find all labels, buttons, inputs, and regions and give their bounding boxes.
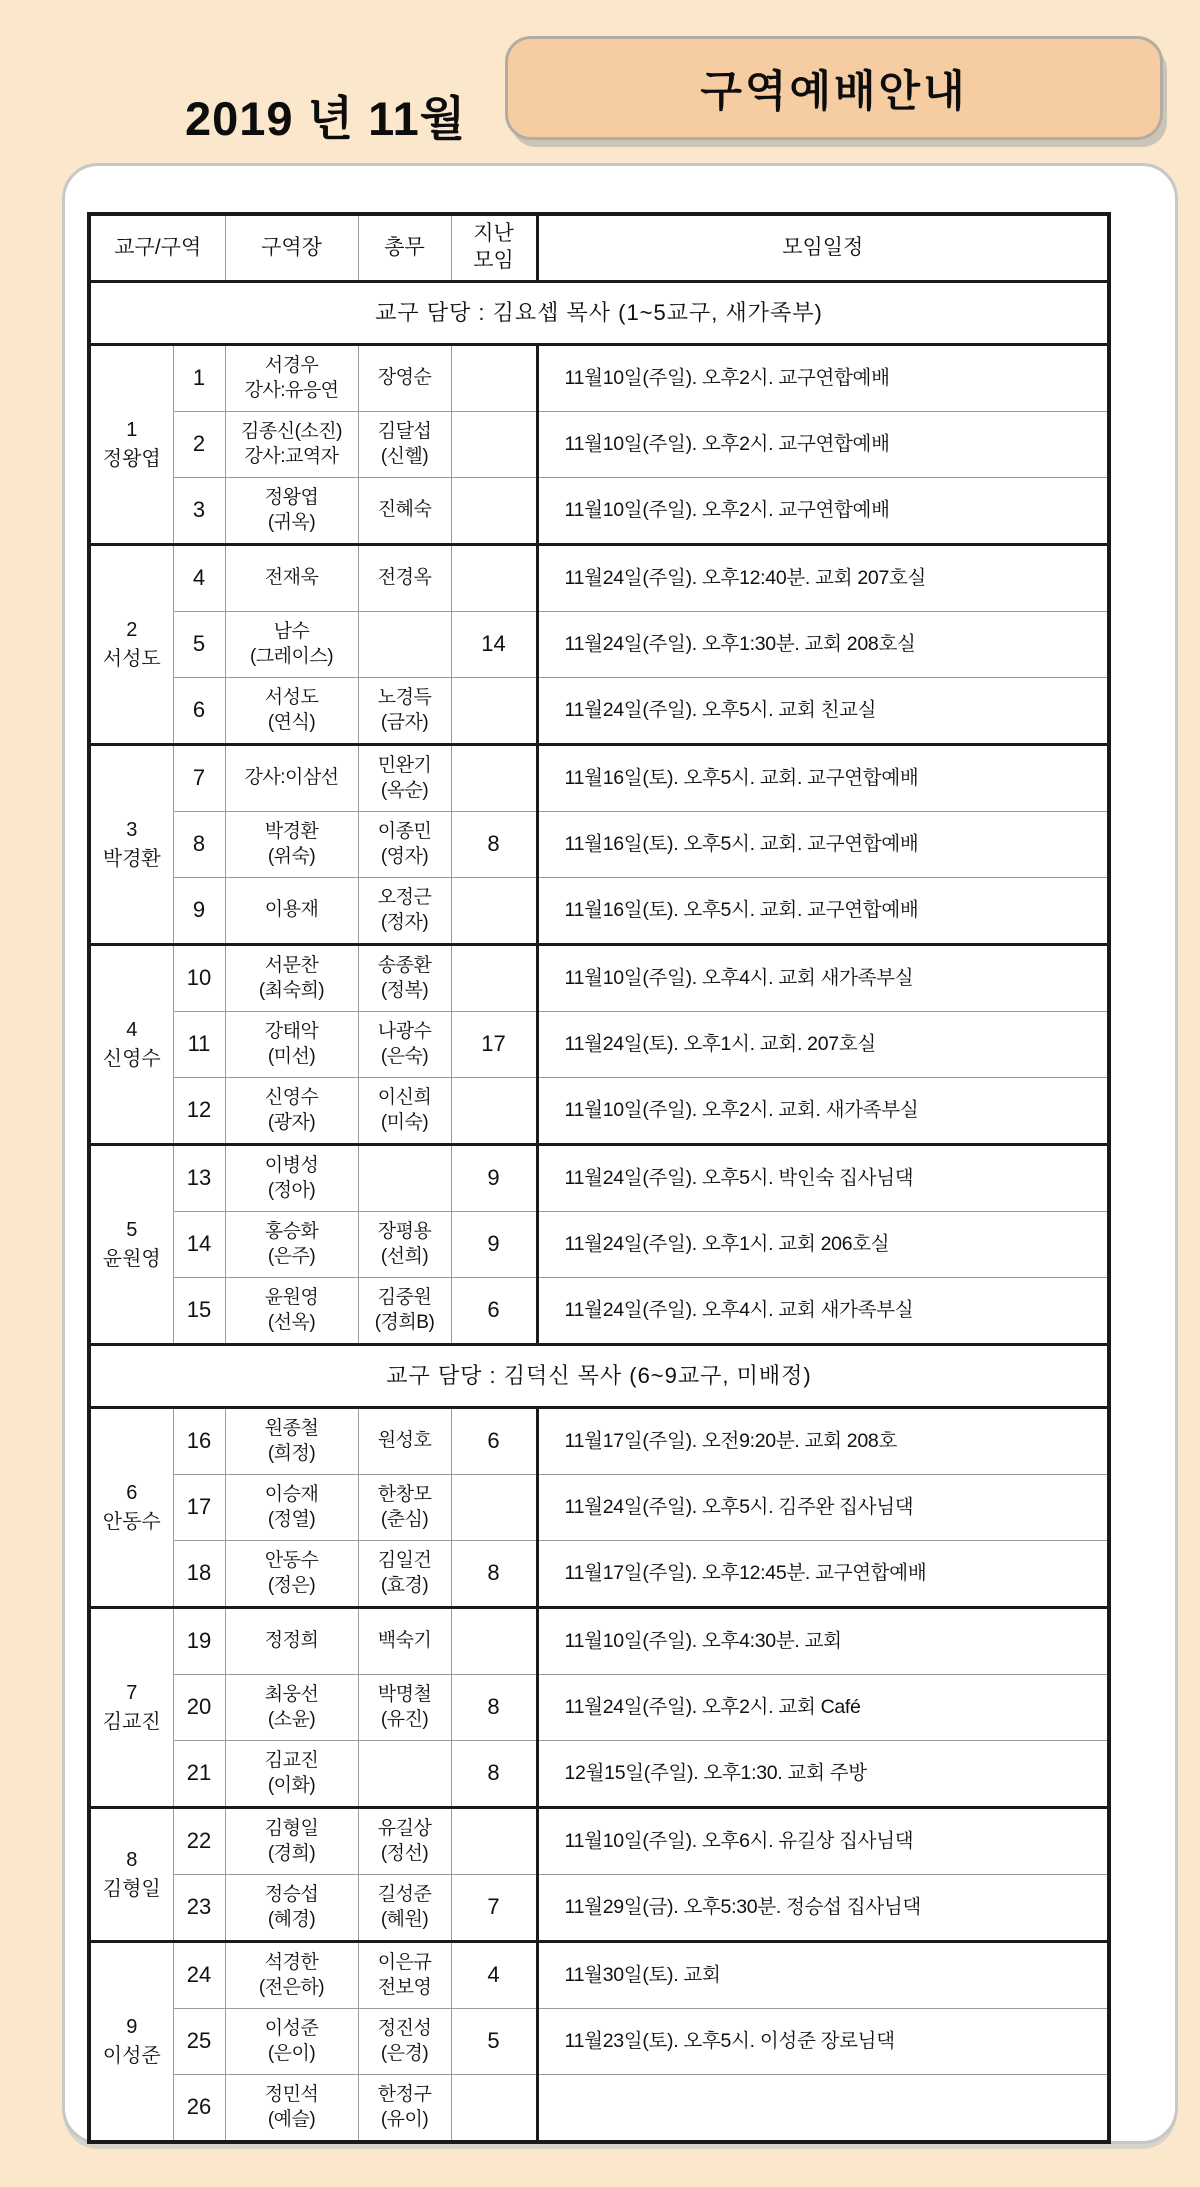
district-number-cell: 12 — [173, 1078, 225, 1145]
table-row: 15윤원영 (선옥)김중원 (경희B)611월24일(주일). 오후4시. 교회… — [89, 1278, 1109, 1345]
last-meeting-cell — [451, 1608, 537, 1675]
district-number-cell: 21 — [173, 1741, 225, 1808]
district-number-cell: 5 — [173, 612, 225, 678]
table-row: 3 박경환7강사:이삼선민완기 (옥순)11월16일(토). 오후5시. 교회.… — [89, 745, 1109, 812]
district-number-cell: 1 — [173, 345, 225, 412]
table-row: 25이성준 (은이)정진성 (은경)511월23일(토). 오후5시. 이성준 … — [89, 2009, 1109, 2075]
worship-schedule-table: 교구/구역 구역장 총무 지난 모임 모임일정 교구 담당 : 김요셉 목사 (… — [87, 212, 1111, 2144]
table-row: 4 신영수10서문찬 (최숙희)송종환 (정복)11월10일(주일). 오후4시… — [89, 945, 1109, 1012]
schedule-cell: 11월10일(주일). 오후2시. 교구연합예배 — [537, 478, 1109, 545]
secretary-cell: 원성호 — [358, 1408, 451, 1475]
table-row: 8 김형일22김형일 (경희)유길상 (정선)11월10일(주일). 오후6시.… — [89, 1808, 1109, 1875]
schedule-cell: 11월10일(주일). 오후2시. 교구연합예배 — [537, 345, 1109, 412]
last-meeting-cell: 8 — [451, 1741, 537, 1808]
last-meeting-cell: 5 — [451, 2009, 537, 2075]
last-meeting-cell: 6 — [451, 1408, 537, 1475]
leader-cell: 안동수 (정은) — [225, 1541, 358, 1608]
schedule-cell: 11월24일(주일). 오후12:40분. 교회 207호실 — [537, 545, 1109, 612]
section-band-label: 교구 담당 : 김덕신 목사 (6~9교구, 미배정) — [89, 1345, 1109, 1408]
table-row: 7 김교진19정정희백숙기11월10일(주일). 오후4:30분. 교회 — [89, 1608, 1109, 1675]
leader-cell: 전재욱 — [225, 545, 358, 612]
content-card: 교구/구역 구역장 총무 지난 모임 모임일정 교구 담당 : 김요셉 목사 (… — [62, 163, 1178, 2144]
leader-cell: 김종신(소진) 강사:교역자 — [225, 412, 358, 478]
schedule-cell: 11월24일(주일). 오후5시. 박인숙 집사님댁 — [537, 1145, 1109, 1212]
leader-cell: 정민석 (예슬) — [225, 2075, 358, 2143]
district-number-cell: 9 — [173, 878, 225, 945]
leader-cell: 원종철 (희정) — [225, 1408, 358, 1475]
leader-cell: 남수 (그레이스) — [225, 612, 358, 678]
leader-cell: 석경한 (전은하) — [225, 1942, 358, 2009]
district-number-cell: 8 — [173, 812, 225, 878]
leader-cell: 이승재 (정열) — [225, 1475, 358, 1541]
secretary-cell: 길성준 (혜원) — [358, 1875, 451, 1942]
district-group-cell: 8 김형일 — [89, 1808, 173, 1942]
secretary-cell: 김달섭 (신헬) — [358, 412, 451, 478]
district-number-cell: 24 — [173, 1942, 225, 2009]
schedule-cell: 12월15일(주일). 오후1:30. 교회 주방 — [537, 1741, 1109, 1808]
district-number-cell: 19 — [173, 1608, 225, 1675]
header-row: 교구/구역 구역장 총무 지난 모임 모임일정 — [89, 214, 1109, 282]
table-row: 2 서성도4전재욱전경옥11월24일(주일). 오후12:40분. 교회 207… — [89, 545, 1109, 612]
schedule-cell: 11월10일(주일). 오후2시. 교구연합예배 — [537, 412, 1109, 478]
leader-cell: 서문찬 (최숙희) — [225, 945, 358, 1012]
schedule-cell: 11월10일(주일). 오후6시. 유길상 집사님댁 — [537, 1808, 1109, 1875]
leader-cell: 이용재 — [225, 878, 358, 945]
schedule-cell: 11월24일(주일). 오후1:30분. 교회 208호실 — [537, 612, 1109, 678]
secretary-cell — [358, 1741, 451, 1808]
leader-cell: 이병성 (정아) — [225, 1145, 358, 1212]
leader-cell: 강태악 (미선) — [225, 1012, 358, 1078]
district-number-cell: 26 — [173, 2075, 225, 2143]
secretary-cell — [358, 1145, 451, 1212]
district-number-cell: 25 — [173, 2009, 225, 2075]
leader-cell: 서경우 강사:유응연 — [225, 345, 358, 412]
secretary-cell: 노경득 (금자) — [358, 678, 451, 745]
schedule-cell: 11월24일(토). 오후1시. 교회. 207호실 — [537, 1012, 1109, 1078]
district-number-cell: 3 — [173, 478, 225, 545]
table-row: 9 이성준24석경한 (전은하)이은규 전보영411월30일(토). 교회 — [89, 1942, 1109, 2009]
page-title: 2019 년 11월 — [185, 82, 466, 149]
last-meeting-cell: 17 — [451, 1012, 537, 1078]
table-row: 12신영수 (광자)이신희 (미숙)11월10일(주일). 오후2시. 교회. … — [89, 1078, 1109, 1145]
header-secretary: 총무 — [358, 214, 451, 282]
table-row: 6서성도 (연식)노경득 (금자)11월24일(주일). 오후5시. 교회 친교… — [89, 678, 1109, 745]
last-meeting-cell — [451, 478, 537, 545]
table-row: 6 안동수16원종철 (희정)원성호611월17일(주일). 오전9:20분. … — [89, 1408, 1109, 1475]
table-row: 14홍승화 (은주)장평용 (선희)911월24일(주일). 오후1시. 교회 … — [89, 1212, 1109, 1278]
last-meeting-cell — [451, 678, 537, 745]
secretary-cell: 유길상 (정선) — [358, 1808, 451, 1875]
schedule-cell: 11월29일(금). 오후5:30분. 정승섭 집사님댁 — [537, 1875, 1109, 1942]
district-number-cell: 11 — [173, 1012, 225, 1078]
title-badge: 구역예배안내 — [505, 36, 1163, 140]
table-row: 17이승재 (정열)한창모 (춘심)11월24일(주일). 오후5시. 김주완 … — [89, 1475, 1109, 1541]
schedule-cell: 11월24일(주일). 오후4시. 교회 새가족부실 — [537, 1278, 1109, 1345]
leader-cell: 최웅선 (소윤) — [225, 1675, 358, 1741]
schedule-cell: 11월24일(주일). 오후2시. 교회 Café — [537, 1675, 1109, 1741]
leader-cell: 서성도 (연식) — [225, 678, 358, 745]
schedule-cell: 11월24일(주일). 오후5시. 교회 친교실 — [537, 678, 1109, 745]
section-band-row: 교구 담당 : 김덕신 목사 (6~9교구, 미배정) — [89, 1345, 1109, 1408]
leader-cell: 홍승화 (은주) — [225, 1212, 358, 1278]
district-number-cell: 10 — [173, 945, 225, 1012]
secretary-cell: 전경옥 — [358, 545, 451, 612]
last-meeting-cell: 4 — [451, 1942, 537, 2009]
district-number-cell: 23 — [173, 1875, 225, 1942]
secretary-cell: 백숙기 — [358, 1608, 451, 1675]
header-schedule: 모임일정 — [537, 214, 1109, 282]
district-group-cell: 9 이성준 — [89, 1942, 173, 2143]
table-row: 26정민석 (예슬)한정구 (유이) — [89, 2075, 1109, 2143]
secretary-cell: 김중원 (경희B) — [358, 1278, 451, 1345]
schedule-cell: 11월23일(토). 오후5시. 이성준 장로님댁 — [537, 2009, 1109, 2075]
last-meeting-cell: 8 — [451, 1541, 537, 1608]
leader-cell: 이성준 (은이) — [225, 2009, 358, 2075]
table-row: 9이용재오정근 (정자)11월16일(토). 오후5시. 교회. 교구연합예배 — [89, 878, 1109, 945]
header-last-meeting: 지난 모임 — [451, 214, 537, 282]
district-group-cell: 7 김교진 — [89, 1608, 173, 1808]
secretary-cell: 이은규 전보영 — [358, 1942, 451, 2009]
section-band-label: 교구 담당 : 김요셉 목사 (1~5교구, 새가족부) — [89, 282, 1109, 345]
secretary-cell: 송종환 (정복) — [358, 945, 451, 1012]
secretary-cell: 김일건 (효경) — [358, 1541, 451, 1608]
secretary-cell — [358, 612, 451, 678]
last-meeting-cell — [451, 1808, 537, 1875]
schedule-cell: 11월16일(토). 오후5시. 교회. 교구연합예배 — [537, 812, 1109, 878]
schedule-cell: 11월24일(주일). 오후5시. 김주완 집사님댁 — [537, 1475, 1109, 1541]
district-group-cell: 2 서성도 — [89, 545, 173, 745]
district-number-cell: 4 — [173, 545, 225, 612]
district-number-cell: 18 — [173, 1541, 225, 1608]
last-meeting-cell: 8 — [451, 1675, 537, 1741]
table-row: 18안동수 (정은)김일건 (효경)811월17일(주일). 오후12:45분.… — [89, 1541, 1109, 1608]
district-number-cell: 17 — [173, 1475, 225, 1541]
last-meeting-cell: 6 — [451, 1278, 537, 1345]
district-group-cell: 5 윤원영 — [89, 1145, 173, 1345]
district-group-cell: 1 정왕엽 — [89, 345, 173, 545]
secretary-cell: 오정근 (정자) — [358, 878, 451, 945]
schedule-cell: 11월10일(주일). 오후2시. 교회. 새가족부실 — [537, 1078, 1109, 1145]
district-number-cell: 6 — [173, 678, 225, 745]
header-district: 교구/구역 — [89, 214, 225, 282]
last-meeting-cell — [451, 545, 537, 612]
leader-cell: 강사:이삼선 — [225, 745, 358, 812]
schedule-cell: 11월10일(주일). 오후4시. 교회 새가족부실 — [537, 945, 1109, 1012]
table-row: 2김종신(소진) 강사:교역자김달섭 (신헬)11월10일(주일). 오후2시.… — [89, 412, 1109, 478]
leader-cell: 윤원영 (선옥) — [225, 1278, 358, 1345]
leader-cell: 정승섭 (혜경) — [225, 1875, 358, 1942]
secretary-cell: 한창모 (춘심) — [358, 1475, 451, 1541]
table-row: 1 정왕엽1서경우 강사:유응연장영순11월10일(주일). 오후2시. 교구연… — [89, 345, 1109, 412]
district-number-cell: 13 — [173, 1145, 225, 1212]
secretary-cell: 나광수 (은숙) — [358, 1012, 451, 1078]
last-meeting-cell — [451, 945, 537, 1012]
district-number-cell: 16 — [173, 1408, 225, 1475]
table-row: 3정왕엽 (귀옥)진혜숙11월10일(주일). 오후2시. 교구연합예배 — [89, 478, 1109, 545]
schedule-cell: 11월16일(토). 오후5시. 교회. 교구연합예배 — [537, 745, 1109, 812]
last-meeting-cell: 9 — [451, 1145, 537, 1212]
last-meeting-cell — [451, 2075, 537, 2143]
table-row: 21김교진 (이화)812월15일(주일). 오후1:30. 교회 주방 — [89, 1741, 1109, 1808]
district-number-cell: 20 — [173, 1675, 225, 1741]
schedule-cell: 11월10일(주일). 오후4:30분. 교회 — [537, 1608, 1109, 1675]
secretary-cell: 정진성 (은경) — [358, 2009, 451, 2075]
leader-cell: 김형일 (경희) — [225, 1808, 358, 1875]
district-number-cell: 22 — [173, 1808, 225, 1875]
schedule-cell — [537, 2075, 1109, 2143]
secretary-cell: 이신희 (미숙) — [358, 1078, 451, 1145]
leader-cell: 정왕엽 (귀옥) — [225, 478, 358, 545]
leader-cell: 김교진 (이화) — [225, 1741, 358, 1808]
schedule-cell: 11월16일(토). 오후5시. 교회. 교구연합예배 — [537, 878, 1109, 945]
last-meeting-cell: 8 — [451, 812, 537, 878]
secretary-cell: 진혜숙 — [358, 478, 451, 545]
schedule-cell: 11월24일(주일). 오후1시. 교회 206호실 — [537, 1212, 1109, 1278]
district-number-cell: 15 — [173, 1278, 225, 1345]
table-row: 5 윤원영13이병성 (정아)911월24일(주일). 오후5시. 박인숙 집사… — [89, 1145, 1109, 1212]
table-row: 23정승섭 (혜경)길성준 (혜원)711월29일(금). 오후5:30분. 정… — [89, 1875, 1109, 1942]
secretary-cell: 박명철 (유진) — [358, 1675, 451, 1741]
secretary-cell: 민완기 (옥순) — [358, 745, 451, 812]
leader-cell: 정정희 — [225, 1608, 358, 1675]
table-row: 11강태악 (미선)나광수 (은숙)1711월24일(토). 오후1시. 교회.… — [89, 1012, 1109, 1078]
section-band-row: 교구 담당 : 김요셉 목사 (1~5교구, 새가족부) — [89, 282, 1109, 345]
district-group-cell: 6 안동수 — [89, 1408, 173, 1608]
last-meeting-cell — [451, 412, 537, 478]
district-number-cell: 14 — [173, 1212, 225, 1278]
page-background: { "colors": { "page_background": "#fbe7c… — [0, 0, 1200, 2187]
district-group-cell: 3 박경환 — [89, 745, 173, 945]
last-meeting-cell — [451, 878, 537, 945]
schedule-cell: 11월17일(주일). 오전9:20분. 교회 208호 — [537, 1408, 1109, 1475]
secretary-cell: 이종민 (영자) — [358, 812, 451, 878]
leader-cell: 박경환 (위숙) — [225, 812, 358, 878]
secretary-cell: 장영순 — [358, 345, 451, 412]
last-meeting-cell — [451, 1078, 537, 1145]
schedule-cell: 11월17일(주일). 오후12:45분. 교구연합예배 — [537, 1541, 1109, 1608]
last-meeting-cell: 14 — [451, 612, 537, 678]
last-meeting-cell: 9 — [451, 1212, 537, 1278]
district-number-cell: 2 — [173, 412, 225, 478]
secretary-cell: 장평용 (선희) — [358, 1212, 451, 1278]
leader-cell: 신영수 (광자) — [225, 1078, 358, 1145]
table-row: 5남수 (그레이스)1411월24일(주일). 오후1:30분. 교회 208호… — [89, 612, 1109, 678]
secretary-cell: 한정구 (유이) — [358, 2075, 451, 2143]
table-row: 20최웅선 (소윤)박명철 (유진)811월24일(주일). 오후2시. 교회 … — [89, 1675, 1109, 1741]
last-meeting-cell — [451, 1475, 537, 1541]
table-row: 8박경환 (위숙)이종민 (영자)811월16일(토). 오후5시. 교회. 교… — [89, 812, 1109, 878]
last-meeting-cell: 7 — [451, 1875, 537, 1942]
last-meeting-cell — [451, 745, 537, 812]
district-group-cell: 4 신영수 — [89, 945, 173, 1145]
district-number-cell: 7 — [173, 745, 225, 812]
schedule-cell: 11월30일(토). 교회 — [537, 1942, 1109, 2009]
header-leader: 구역장 — [225, 214, 358, 282]
last-meeting-cell — [451, 345, 537, 412]
